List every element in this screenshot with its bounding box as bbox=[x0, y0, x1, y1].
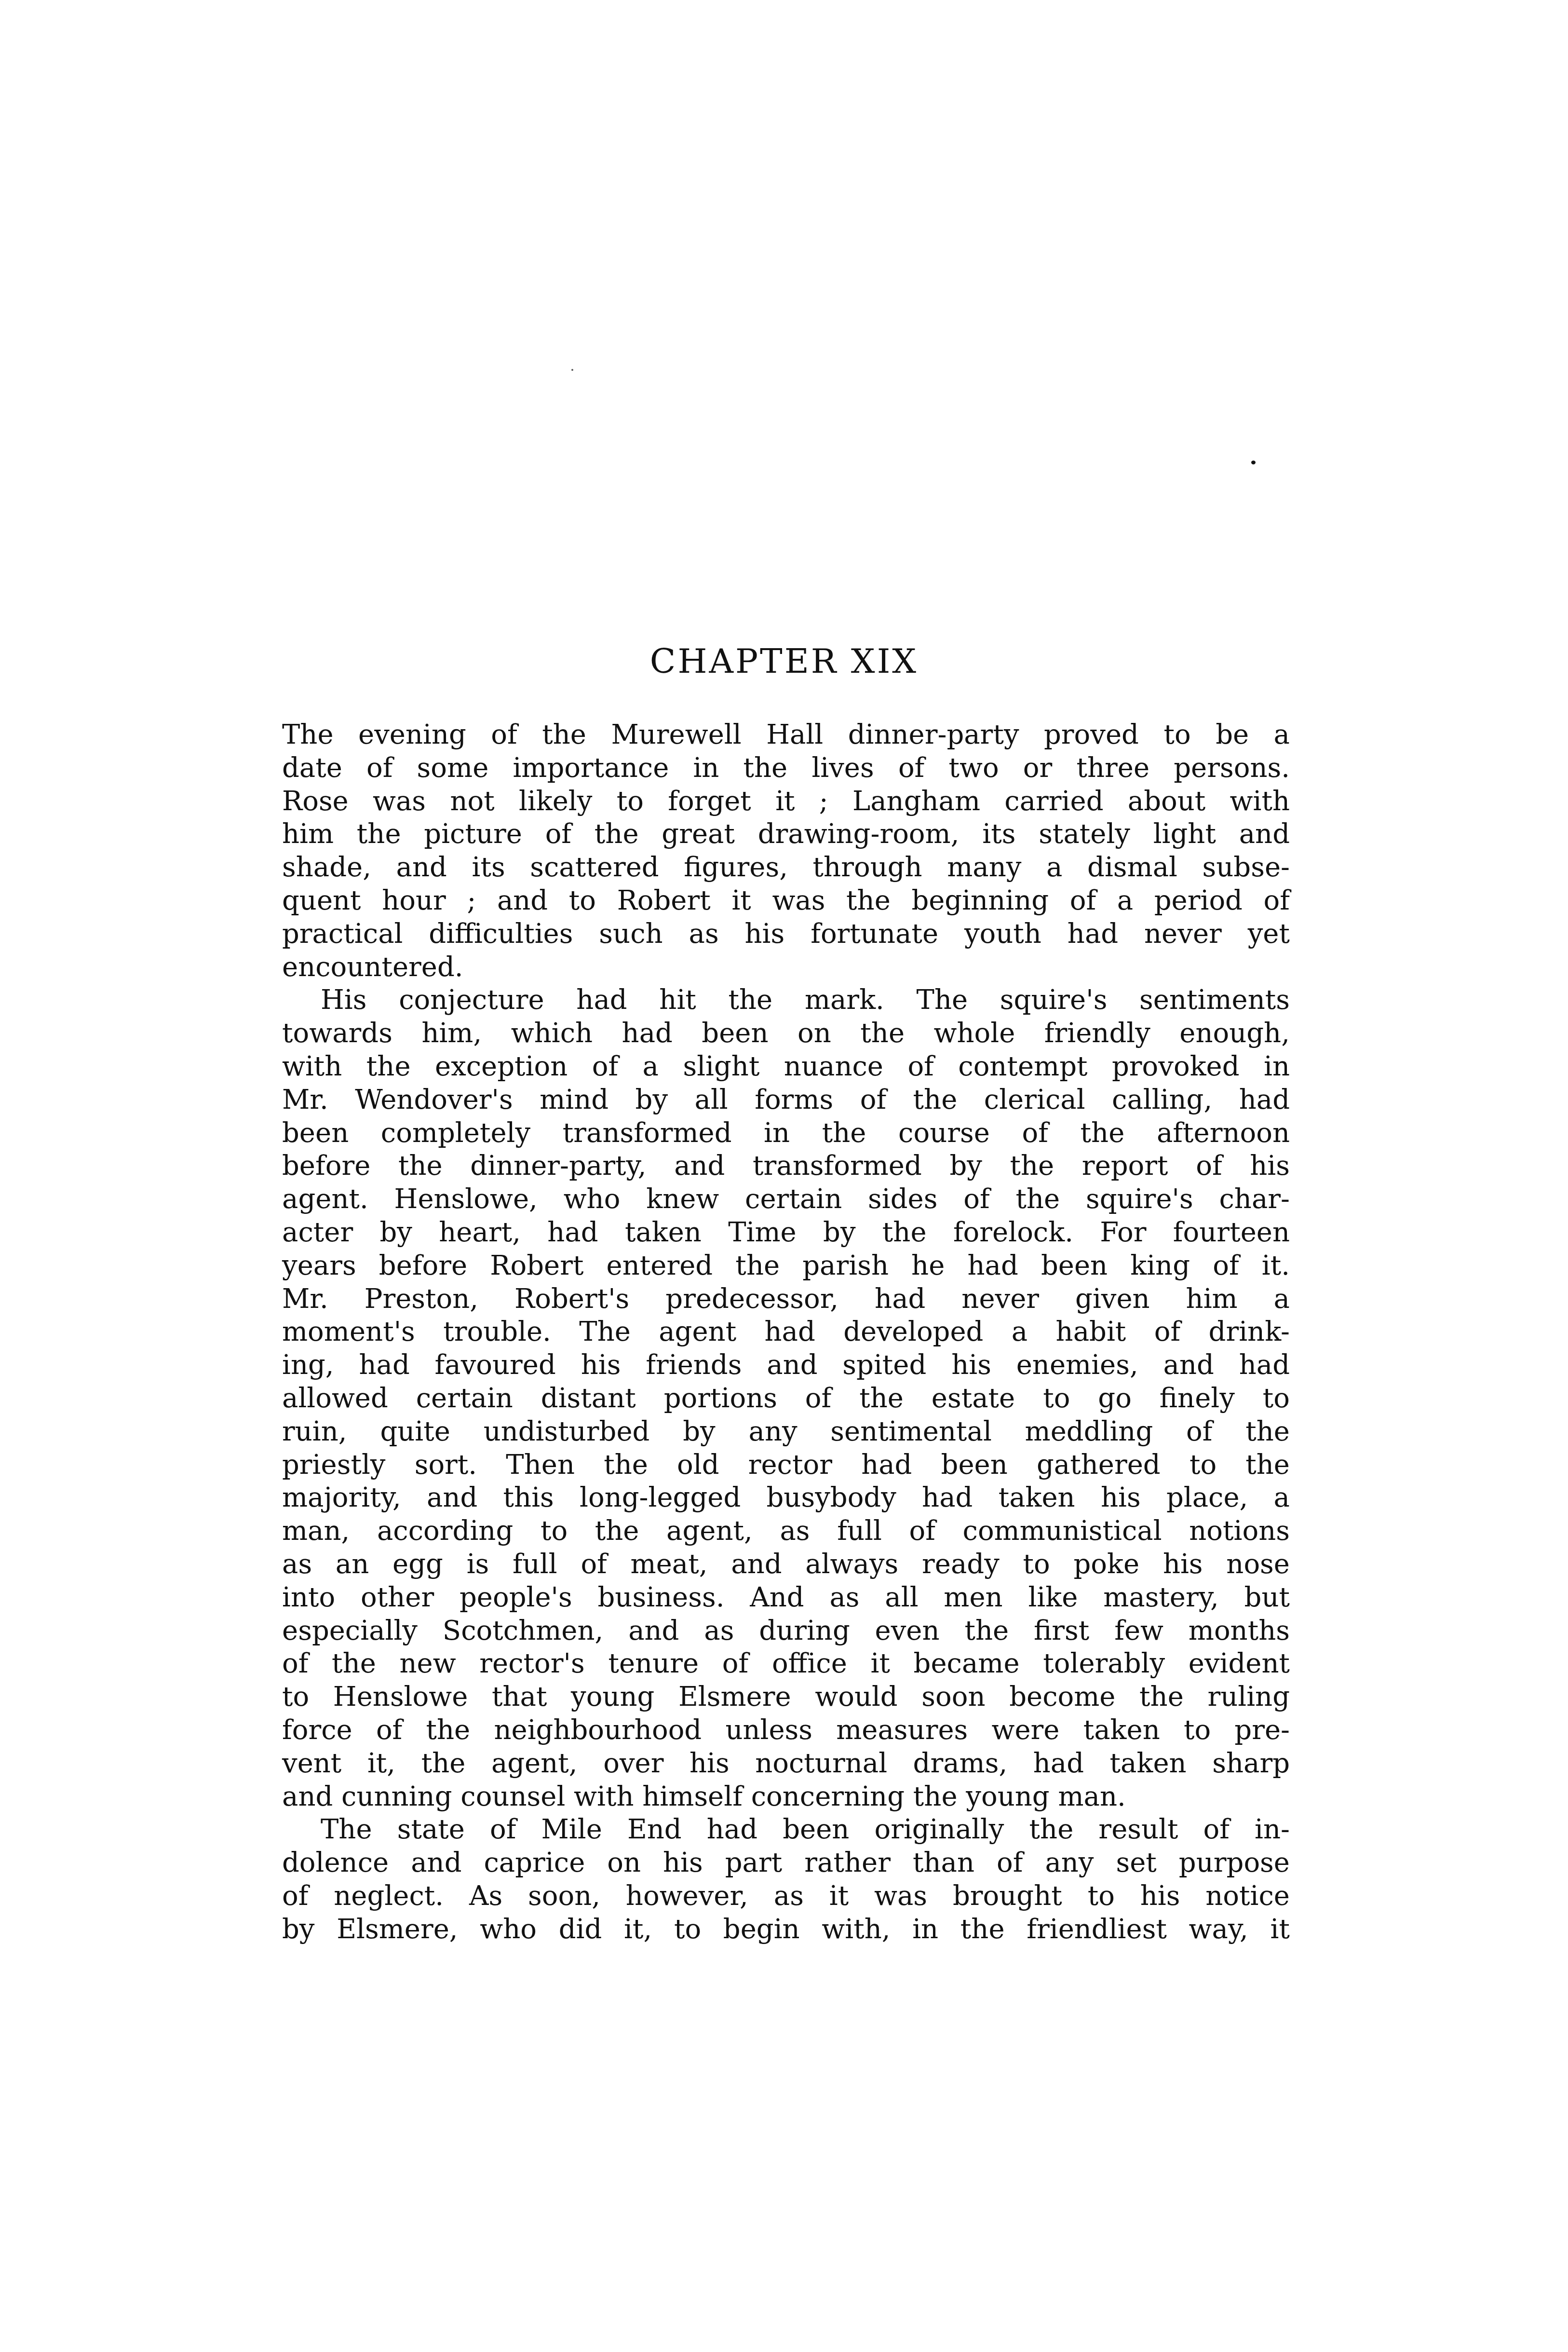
body-text: The evening of the Murewell Hall dinner-… bbox=[282, 719, 1290, 1946]
text-line: date of some importance in the lives of … bbox=[282, 752, 1290, 785]
text-line: The evening of the Murewell Hall dinner-… bbox=[282, 719, 1290, 752]
text-line: majority, and this long-legged busybody … bbox=[282, 1482, 1290, 1515]
chapter-title: CHAPTER XIX bbox=[0, 641, 1568, 681]
text-line: Mr. Wendover's mind by all forms of the … bbox=[282, 1084, 1290, 1117]
text-line: man, according to the agent, as full of … bbox=[282, 1515, 1290, 1548]
text-line: as an egg is full of meat, and always re… bbox=[282, 1548, 1290, 1581]
text-line: him the picture of the great drawing-roo… bbox=[282, 818, 1290, 851]
text-line: quent hour ; and to Robert it was the be… bbox=[282, 884, 1290, 918]
text-line: ruin, quite undisturbed by any sentiment… bbox=[282, 1415, 1290, 1449]
text-line: before the dinner-party, and transformed… bbox=[282, 1150, 1290, 1183]
text-line: His conjecture had hit the mark. The squ… bbox=[282, 984, 1290, 1017]
text-line: encountered. bbox=[282, 951, 1290, 984]
text-line: into other people's business. And as all… bbox=[282, 1581, 1290, 1615]
text-line: allowed certain distant portions of the … bbox=[282, 1382, 1290, 1415]
text-line: been completely transformed in the cours… bbox=[282, 1117, 1290, 1150]
text-line: especially Scotchmen, and as during even… bbox=[282, 1615, 1290, 1648]
text-line: by Elsmere, who did it, to begin with, i… bbox=[282, 1913, 1290, 1946]
scan-speck bbox=[1251, 461, 1256, 464]
text-line: practical difficulties such as his fortu… bbox=[282, 918, 1290, 951]
text-line: years before Robert entered the parish h… bbox=[282, 1250, 1290, 1283]
text-line: acter by heart, had taken Time by the fo… bbox=[282, 1216, 1290, 1250]
text-line: of the new rector's tenure of office it … bbox=[282, 1647, 1290, 1681]
text-line: shade, and its scattered figures, throug… bbox=[282, 851, 1290, 884]
text-line: priestly sort. Then the old rector had b… bbox=[282, 1449, 1290, 1482]
text-line: and cunning counsel with himself concern… bbox=[282, 1781, 1290, 1814]
text-line: Mr. Preston, Robert's predecessor, had n… bbox=[282, 1283, 1290, 1316]
text-line: to Henslowe that young Elsmere would soo… bbox=[282, 1681, 1290, 1714]
scan-speck bbox=[571, 369, 573, 371]
text-line: agent. Henslowe, who knew certain sides … bbox=[282, 1183, 1290, 1216]
text-line: ing, had favoured his friends and spited… bbox=[282, 1349, 1290, 1382]
text-line: of neglect. As soon, however, as it was … bbox=[282, 1880, 1290, 1913]
text-line: The state of Mile End had been originall… bbox=[282, 1813, 1290, 1847]
text-line: moment's trouble. The agent had develope… bbox=[282, 1316, 1290, 1349]
text-line: force of the neighbourhood unless measur… bbox=[282, 1714, 1290, 1747]
text-line: Rose was not likely to forget it ; Langh… bbox=[282, 785, 1290, 818]
text-line: dolence and caprice on his part rather t… bbox=[282, 1847, 1290, 1880]
text-line: with the exception of a slight nuance of… bbox=[282, 1050, 1290, 1084]
text-line: towards him, which had been on the whole… bbox=[282, 1017, 1290, 1050]
text-line: vent it, the agent, over his nocturnal d… bbox=[282, 1747, 1290, 1781]
